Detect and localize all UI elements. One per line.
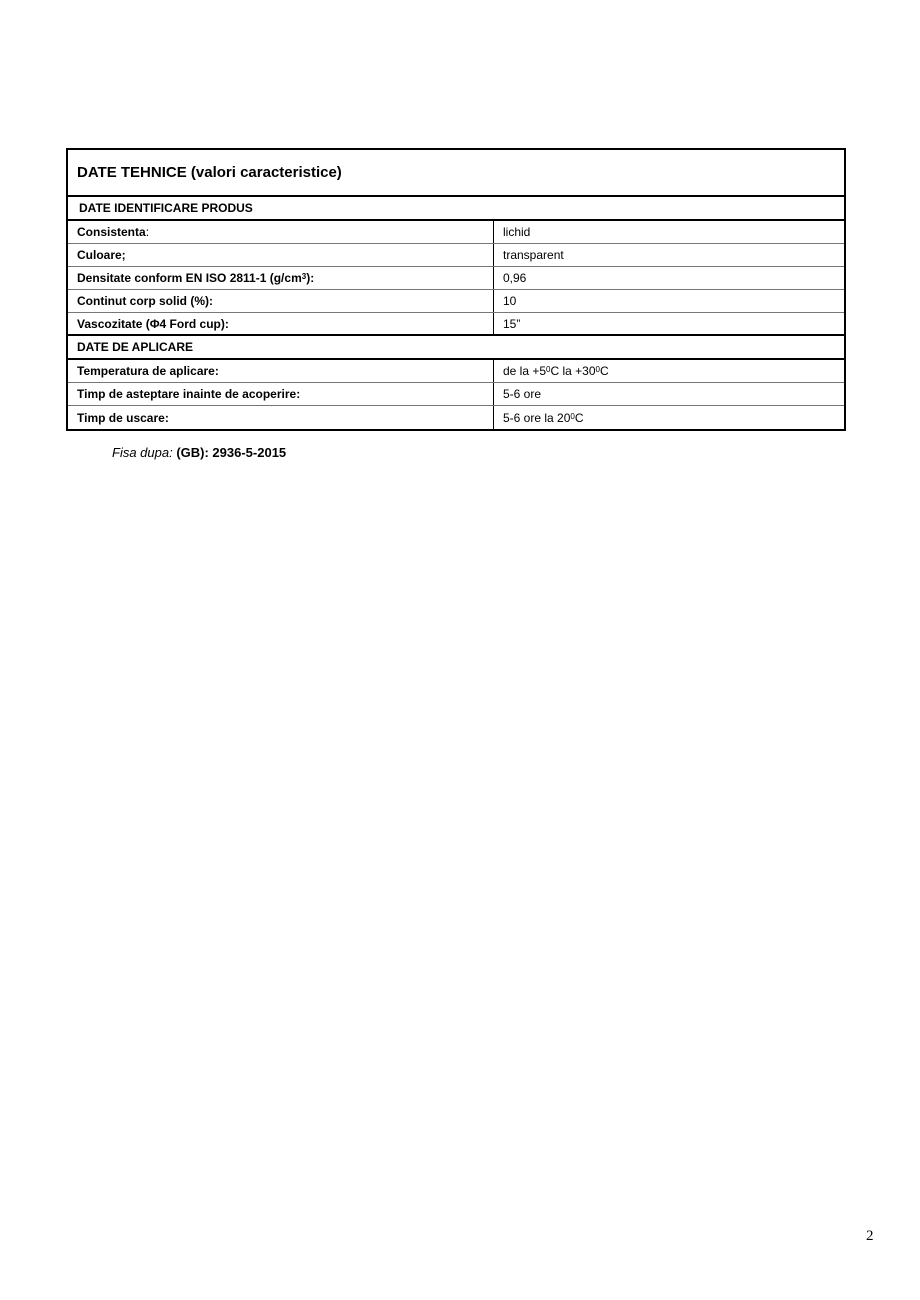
source-note: Fisa dupa: (GB): 2936-5-2015	[112, 445, 286, 460]
value-text: 5-6 ore la 20	[503, 411, 570, 425]
section-heading-product-identification: DATE IDENTIFICARE PRODUS	[68, 197, 844, 221]
row-value: 5-6 ore la 200C	[494, 406, 844, 429]
table-row: Temperatura de aplicare: de la +50 C la …	[68, 360, 844, 383]
technical-data-table: DATE TEHNICE (valori caracteristice) DAT…	[66, 148, 846, 431]
source-note-value: (GB): 2936-5-2015	[176, 445, 286, 460]
table-row: Culoare; transparent	[68, 244, 844, 267]
row-label: Vascozitate (Φ4 Ford cup):	[68, 313, 494, 334]
row-value: 5-6 ore	[494, 383, 844, 405]
row-value: de la +50 C la +300 C	[494, 360, 844, 382]
row-label: Densitate conform EN ISO 2811-1 (g/cm3):	[68, 267, 494, 289]
source-note-prefix: Fisa dupa:	[112, 445, 173, 460]
row-label: Consistenta:	[68, 221, 494, 243]
table-row: Timp de uscare: 5-6 ore la 200C	[68, 406, 844, 429]
table-row: Vascozitate (Φ4 Ford cup): 15”	[68, 313, 844, 336]
table-row: Continut corp solid (%): 10	[68, 290, 844, 313]
value-text: C la +30	[551, 364, 596, 378]
row-value: 10	[494, 290, 844, 312]
label-suffix: :	[146, 225, 149, 239]
row-value: transparent	[494, 244, 844, 266]
row-label: Timp de asteptare inainte de acoperire:	[68, 383, 494, 405]
table-row: Timp de asteptare inainte de acoperire: …	[68, 383, 844, 406]
row-label: Timp de uscare:	[68, 406, 494, 429]
row-label: Culoare;	[68, 244, 494, 266]
row-label: Continut corp solid (%):	[68, 290, 494, 312]
value-text: C	[575, 411, 584, 425]
row-label: Temperatura de aplicare:	[68, 360, 494, 382]
value-text: C	[600, 364, 609, 378]
table-title: DATE TEHNICE (valori caracteristice)	[68, 150, 844, 197]
value-text: de la +5	[503, 364, 546, 378]
table-row: Densitate conform EN ISO 2811-1 (g/cm3):…	[68, 267, 844, 290]
table-row: Consistenta: lichid	[68, 221, 844, 244]
row-value: 0,96	[494, 267, 844, 289]
label-text: Densitate conform EN ISO 2811-1 (g/cm	[77, 271, 302, 285]
page-number: 2	[866, 1228, 874, 1245]
section-heading-application-data: DATE DE APLICARE	[68, 336, 844, 360]
row-value: 15”	[494, 313, 844, 334]
label-after: ):	[306, 271, 314, 285]
label-text: Consistenta	[77, 225, 146, 239]
row-value: lichid	[494, 221, 844, 243]
